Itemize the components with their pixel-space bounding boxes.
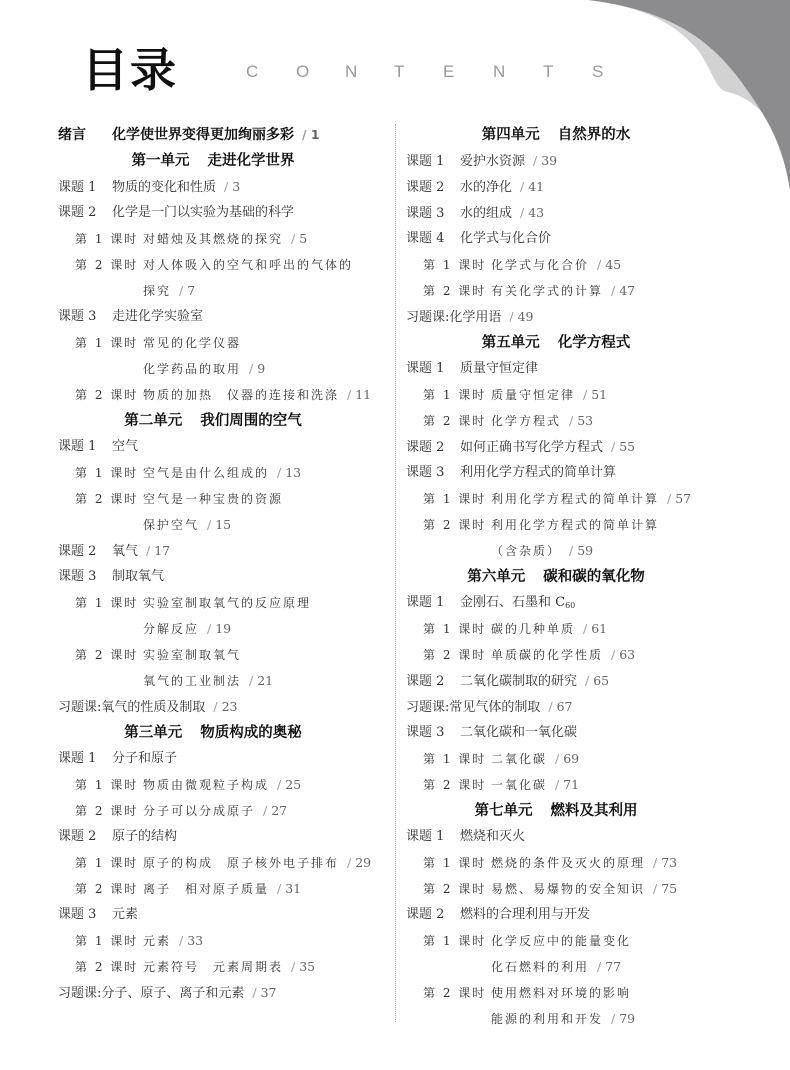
lesson-title: 原子的构成 原子核外电子排布 [143, 856, 339, 870]
toc-lesson-entry[interactable]: 第 2 课时单质碳的化学性质63 [406, 642, 706, 668]
topic-label: 课题 2 [58, 824, 112, 850]
page-number: 21 [249, 673, 273, 688]
lesson-title: 碳的几种单质 [491, 622, 575, 636]
page-number: 67 [548, 699, 572, 714]
lesson-label: 第 2 课时 [423, 876, 491, 902]
topic-title: 空气 [112, 439, 138, 454]
lesson-title: 使用燃料对环境的影响 [491, 986, 631, 1000]
lesson-title-continued: 能源的利用和开发 [491, 1006, 603, 1032]
toc-topic-entry[interactable]: 课题 3二氧化碳和一氧化碳 [406, 720, 706, 746]
topic-title: 燃烧和灭火 [460, 829, 525, 844]
unit-heading[interactable]: 第二单元我们周围的空气 [58, 408, 368, 434]
unit-title: 化学方程式 [558, 335, 631, 351]
exercise-title: 氧气的性质及制取 [101, 700, 205, 715]
exercise-label: 习题课: [58, 986, 101, 1001]
lesson-title: 常见的化学仪器 [143, 336, 241, 350]
topic-label: 课题 4 [406, 226, 460, 252]
toc-lesson-entry[interactable]: 第 2 课时空气是一种宝贵的资源 [58, 486, 398, 512]
toc-lesson-entry[interactable]: 第 2 课时利用化学方程式的简单计算 [406, 512, 706, 538]
topic-title: 氧气 [112, 544, 138, 559]
toc-topic-entry[interactable]: 课题 4化学式与化合价 [406, 226, 706, 252]
topic-title: 化学是一门以实验为基础的科学 [112, 205, 294, 220]
unit-heading[interactable]: 第六单元碳和碳的氧化物 [406, 564, 706, 590]
lesson-label: 第 1 课时 [423, 850, 491, 876]
lesson-label: 第 2 课时 [75, 252, 143, 278]
topic-label: 课题 2 [58, 539, 112, 565]
page-number: 19 [207, 621, 231, 636]
topic-label: 课题 3 [58, 304, 112, 330]
unit-label: 第五单元 [482, 335, 540, 351]
topic-label: 课题 2 [406, 435, 460, 461]
lesson-title: 空气是一种宝贵的资源 [143, 492, 283, 506]
page-number: 39 [533, 153, 557, 168]
lesson-title-continued: （含杂质） [491, 538, 561, 564]
subscript: 60 [565, 601, 575, 610]
lesson-title: 有关化学式的计算 [491, 284, 603, 298]
lesson-title: 化学方程式 [491, 414, 561, 428]
toc-lesson-entry[interactable]: 第 2 课时离子 相对原子质量31 [58, 876, 398, 902]
unit-heading[interactable]: 第五单元化学方程式 [406, 330, 706, 356]
topic-label: 课题 2 [406, 175, 460, 201]
toc-lesson-entry[interactable]: 第 2 课时对人体吸入的空气和呼出的气体的 [58, 252, 398, 278]
toc-lesson-entry[interactable]: 第 2 课时易燃、易爆物的安全知识75 [406, 876, 706, 902]
toc-cont-entry[interactable]: 化学药品的取用9 [58, 356, 398, 382]
unit-label: 第四单元 [482, 127, 540, 143]
page-number: 11 [347, 387, 371, 402]
toc-cont-entry[interactable]: 能源的利用和开发79 [406, 1006, 706, 1032]
toc-topic-entry[interactable]: 课题 3走进化学实验室 [58, 304, 398, 330]
page-number: 79 [611, 1011, 635, 1026]
topic-label: 课题 1 [406, 590, 460, 616]
topic-title: 水的净化 [460, 180, 512, 195]
lesson-title: 化学反应中的能量变化 [491, 934, 631, 948]
unit-title: 燃料及其利用 [551, 803, 638, 819]
topic-label: 课题 1 [58, 175, 112, 201]
contents-letter: O [296, 60, 309, 84]
toc-topic-entry[interactable]: 课题 1分子和原子 [58, 746, 398, 772]
toc-lesson-entry[interactable]: 第 1 课时化学反应中的能量变化 [406, 928, 706, 954]
unit-title: 自然界的水 [558, 127, 631, 143]
lesson-label: 第 1 课时 [423, 928, 491, 954]
topic-title: 原子的结构 [112, 829, 177, 844]
unit-label: 第一单元 [132, 153, 190, 169]
lesson-label: 第 2 课时 [423, 980, 491, 1006]
lesson-title: 二氧化碳 [491, 752, 547, 766]
lesson-title: 物质的加热 仪器的连接和洗涤 [143, 388, 339, 402]
toc-lesson-entry[interactable]: 第 2 课时化学方程式53 [406, 408, 706, 434]
topic-label: 课题 3 [406, 720, 460, 746]
lesson-title: 元素符号 元素周期表 [143, 960, 283, 974]
lesson-label: 第 2 课时 [75, 486, 143, 512]
exercise-title: 常见气体的制取 [449, 700, 540, 715]
unit-title: 物质构成的奥秘 [200, 725, 302, 741]
lesson-title-continued: 探究 [143, 278, 171, 304]
toc-topic-entry[interactable]: 课题 3利用化学方程式的简单计算 [406, 460, 706, 486]
topic-title: 爱护水资源 [460, 154, 525, 169]
toc-lesson-entry[interactable]: 第 1 课时二氧化碳69 [406, 746, 706, 772]
toc-right-column: 第四单元自然界的水课题 1爱护水资源39课题 2水的净化41课题 3水的组成43… [406, 122, 706, 1032]
toc-topic-entry[interactable]: 课题 2氧气17 [58, 538, 398, 564]
toc-topic-entry[interactable]: 课题 1物质的变化和性质3 [58, 174, 398, 200]
toc-topic-entry[interactable]: 课题 2二氧化碳制取的研究65 [406, 668, 706, 694]
lesson-label: 第 2 课时 [423, 642, 491, 668]
topic-title: 利用化学方程式的简单计算 [460, 465, 616, 480]
toc-topic-entry[interactable]: 课题 3元素 [58, 902, 398, 928]
exercise-title: 分子、原子、离子和元素 [101, 986, 244, 1001]
toc-topic-entry[interactable]: 课题 2水的净化41 [406, 174, 706, 200]
lesson-label: 第 2 课时 [75, 798, 143, 824]
toc-topic-entry[interactable]: 课题 2化学是一门以实验为基础的科学 [58, 200, 398, 226]
lesson-label: 第 2 课时 [423, 772, 491, 798]
toc-lesson-entry[interactable]: 第 1 课时常见的化学仪器 [58, 330, 398, 356]
lesson-label: 第 2 课时 [75, 382, 143, 408]
unit-label: 第三单元 [124, 725, 182, 741]
unit-heading[interactable]: 第三单元物质构成的奥秘 [58, 720, 368, 746]
toc-lesson-entry[interactable]: 第 1 课时实验室制取氧气的反应原理 [58, 590, 398, 616]
lesson-title: 利用化学方程式的简单计算 [491, 492, 659, 506]
page-number: 33 [179, 933, 203, 948]
toc-topic-entry[interactable]: 课题 1质量守恒定律 [406, 356, 706, 382]
lesson-label: 第 2 课时 [75, 954, 143, 980]
lesson-label: 第 2 课时 [75, 642, 143, 668]
page-number: 63 [611, 647, 635, 662]
toc-cont-entry[interactable]: 分解反应19 [58, 616, 398, 642]
lesson-label: 第 1 课时 [75, 226, 143, 252]
topic-label: 课题 2 [406, 669, 460, 695]
toc-lesson-entry[interactable]: 第 2 课时元素符号 元素周期表35 [58, 954, 398, 980]
topic-label: 课题 1 [58, 434, 112, 460]
unit-title: 碳和碳的氧化物 [543, 569, 645, 585]
toc-lesson-entry[interactable]: 第 2 课时实验室制取氧气 [58, 642, 398, 668]
lesson-title: 一氧化碳 [491, 778, 547, 792]
toc-lesson-entry[interactable]: 第 2 课时有关化学式的计算47 [406, 278, 706, 304]
toc-lesson-entry[interactable]: 第 1 课时化学式与化合价45 [406, 252, 706, 278]
topic-title: 二氧化碳和一氧化碳 [460, 725, 577, 740]
lesson-title: 易燃、易爆物的安全知识 [491, 882, 645, 896]
page-number: 29 [347, 855, 371, 870]
topic-label: 课题 3 [58, 564, 112, 590]
toc-left-column: 绪言化学使世界变得更加绚丽多彩1 第一单元走进化学世界课题 1物质的变化和性质3… [58, 122, 398, 1006]
page-number: 17 [146, 543, 170, 558]
toc-lesson-entry[interactable]: 第 2 课时一氧化碳71 [406, 772, 706, 798]
contents-letter: T [394, 60, 404, 84]
lesson-label: 第 2 课时 [423, 408, 491, 434]
page-number: 51 [583, 387, 607, 402]
lesson-label: 第 1 课时 [75, 590, 143, 616]
topic-label: 课题 3 [406, 460, 460, 486]
toc-lesson-entry[interactable]: 第 1 课时原子的构成 原子核外电子排布29 [58, 850, 398, 876]
unit-heading[interactable]: 第四单元自然界的水 [406, 122, 706, 148]
topic-title: 走进化学实验室 [112, 309, 203, 324]
toc-lesson-entry[interactable]: 第 1 课时元素33 [58, 928, 398, 954]
exercise-label: 习题课: [406, 700, 449, 715]
preface-title: 化学使世界变得更加绚丽多彩 [112, 127, 294, 143]
toc-lesson-entry[interactable]: 第 1 课时燃烧的条件及灭火的原理73 [406, 850, 706, 876]
topic-label: 课题 1 [406, 824, 460, 850]
lesson-label: 第 2 课时 [423, 512, 491, 538]
toc-lesson-entry[interactable]: 第 1 课时空气是由什么组成的13 [58, 460, 398, 486]
toc-preface[interactable]: 绪言化学使世界变得更加绚丽多彩1 [58, 122, 398, 148]
exercise-label: 习题课: [58, 700, 101, 715]
contents-letter: N [493, 60, 505, 84]
page-number: 53 [569, 413, 593, 428]
lesson-title-continued: 化石燃料的利用 [491, 954, 589, 980]
topic-title: 元素 [112, 907, 138, 922]
lesson-label: 第 1 课时 [75, 772, 143, 798]
toc-topic-entry[interactable]: 课题 3制取氧气 [58, 564, 398, 590]
contents-letter: T [543, 60, 553, 84]
page-number: 75 [653, 881, 677, 896]
lesson-title-continued: 化学药品的取用 [143, 356, 241, 382]
page-number: 13 [277, 465, 301, 480]
topic-title: 水的组成 [460, 206, 512, 221]
toc-topic-entry[interactable]: 课题 2原子的结构 [58, 824, 398, 850]
page-number: 3 [224, 179, 240, 194]
page-number: 73 [653, 855, 677, 870]
page-number: 37 [252, 985, 276, 1000]
page-number: 47 [611, 283, 635, 298]
page-number: 55 [611, 439, 635, 454]
lesson-title: 空气是由什么组成的 [143, 466, 269, 480]
page-number: 15 [207, 517, 231, 532]
page-number: 5 [291, 231, 307, 246]
lesson-label: 第 2 课时 [423, 278, 491, 304]
lesson-label: 第 2 课时 [75, 876, 143, 902]
lesson-label: 第 1 课时 [75, 928, 143, 954]
page-number: 35 [291, 959, 315, 974]
topic-label: 课题 3 [58, 902, 112, 928]
lesson-title: 燃烧的条件及灭火的原理 [491, 856, 645, 870]
lesson-label: 第 1 课时 [423, 252, 491, 278]
page-number: 59 [569, 543, 593, 558]
page-number: 25 [277, 777, 301, 792]
exercise-title: 化学用语 [449, 310, 501, 325]
page-number: 43 [520, 205, 544, 220]
page-title: 目录 [82, 40, 178, 100]
topic-label: 课题 3 [406, 201, 460, 227]
unit-title: 我们周围的空气 [200, 413, 302, 429]
lesson-title: 实验室制取氧气 [143, 648, 241, 662]
lesson-label: 第 1 课时 [75, 330, 143, 356]
toc-cont-entry[interactable]: 化石燃料的利用77 [406, 954, 706, 980]
topic-title: 燃料的合理利用与开发 [460, 907, 590, 922]
lesson-label: 第 1 课时 [423, 382, 491, 408]
contents-letter: S [592, 60, 603, 84]
page-number: 71 [555, 777, 579, 792]
topic-label: 课题 1 [406, 356, 460, 382]
page-number: 65 [585, 673, 609, 688]
toc-lesson-entry[interactable]: 第 1 课时对蜡烛及其燃烧的探究5 [58, 226, 398, 252]
lesson-title: 质量守恒定律 [491, 388, 575, 402]
lesson-title-continued: 氧气的工业制法 [143, 668, 241, 694]
unit-label: 第六单元 [467, 569, 525, 585]
toc-exercise-entry[interactable]: 习题课:分子、原子、离子和元素37 [58, 980, 398, 1006]
page-number: 1 [302, 127, 320, 142]
toc-exercise-entry[interactable]: 习题课:化学用语49 [406, 304, 706, 330]
topic-title: 化学式与化合价 [460, 231, 551, 246]
lesson-label: 第 1 课时 [423, 486, 491, 512]
lesson-title: 化学式与化合价 [491, 258, 589, 272]
toc-cont-entry[interactable]: 探究7 [58, 278, 398, 304]
lesson-title-continued: 保护空气 [143, 512, 199, 538]
lesson-title: 利用化学方程式的简单计算 [491, 518, 659, 532]
page-number: 61 [583, 621, 607, 636]
toc-topic-entry[interactable]: 课题 1空气 [58, 434, 398, 460]
topic-title: 如何正确书写化学方程式 [460, 440, 603, 455]
page-number: 49 [509, 309, 533, 324]
page-number: 7 [179, 283, 195, 298]
toc-topic-entry[interactable]: 课题 2燃料的合理利用与开发 [406, 902, 706, 928]
topic-title: 二氧化碳制取的研究 [460, 674, 577, 689]
toc-topic-entry[interactable]: 课题 1燃烧和灭火 [406, 824, 706, 850]
topic-title: 分子和原子 [112, 751, 177, 766]
unit-heading[interactable]: 第七单元燃料及其利用 [406, 798, 706, 824]
page-number: 27 [263, 803, 287, 818]
lesson-title: 实验室制取氧气的反应原理 [143, 596, 311, 610]
contents-letter: C [246, 60, 258, 84]
page-number: 41 [520, 179, 544, 194]
toc-lesson-entry[interactable]: 第 1 课时物质由微观粒子构成25 [58, 772, 398, 798]
unit-title: 走进化学世界 [208, 153, 295, 169]
toc-exercise-entry[interactable]: 习题课:常见气体的制取67 [406, 694, 706, 720]
contents-letter: N [345, 60, 357, 84]
topic-title: 物质的变化和性质 [112, 180, 216, 195]
lesson-title: 离子 相对原子质量 [143, 882, 269, 896]
toc-topic-entry[interactable]: 课题 2如何正确书写化学方程式55 [406, 434, 706, 460]
lesson-title: 元素 [143, 934, 171, 948]
lesson-title-continued: 分解反应 [143, 616, 199, 642]
page-number: 77 [597, 959, 621, 974]
unit-label: 第二单元 [124, 413, 182, 429]
toc-cont-entry[interactable]: （含杂质）59 [406, 538, 706, 564]
page-number: 69 [555, 751, 579, 766]
preface-label: 绪言 [58, 122, 112, 148]
lesson-label: 第 1 课时 [423, 746, 491, 772]
page-number: 57 [667, 491, 691, 506]
page-number: 23 [213, 699, 237, 714]
toc-lesson-entry[interactable]: 第 2 课时物质的加热 仪器的连接和洗涤11 [58, 382, 398, 408]
toc-cont-entry[interactable]: 保护空气15 [58, 512, 398, 538]
contents-letter: E [443, 60, 454, 84]
toc-topic-entry[interactable]: 课题 1爱护水资源39 [406, 148, 706, 174]
toc-lesson-entry[interactable]: 第 1 课时碳的几种单质61 [406, 616, 706, 642]
topic-label: 课题 2 [406, 902, 460, 928]
topic-title: 质量守恒定律 [460, 361, 538, 376]
toc-topic-entry[interactable]: 课题 3水的组成43 [406, 200, 706, 226]
lesson-title: 单质碳的化学性质 [491, 648, 603, 662]
toc-lesson-entry[interactable]: 第 1 课时质量守恒定律51 [406, 382, 706, 408]
topic-label: 课题 2 [58, 200, 112, 226]
topic-label: 课题 1 [58, 746, 112, 772]
unit-label: 第七单元 [475, 803, 533, 819]
topic-title: 金刚石、石墨和 C [460, 595, 565, 610]
page-number: 31 [277, 881, 301, 896]
lesson-title: 对蜡烛及其燃烧的探究 [143, 232, 283, 246]
toc-topic-entry[interactable]: 课题 1金刚石、石墨和 C60 [406, 590, 706, 616]
toc-cont-entry[interactable]: 氧气的工业制法21 [58, 668, 398, 694]
topic-title: 制取氧气 [112, 569, 164, 584]
lesson-label: 第 1 课时 [75, 850, 143, 876]
toc-lesson-entry[interactable]: 第 1 课时利用化学方程式的简单计算57 [406, 486, 706, 512]
page-number: 45 [597, 257, 621, 272]
topic-label: 课题 1 [406, 149, 460, 175]
lesson-title: 物质由微观粒子构成 [143, 778, 269, 792]
toc-lesson-entry[interactable]: 第 2 课时使用燃料对环境的影响 [406, 980, 706, 1006]
unit-heading[interactable]: 第一单元走进化学世界 [58, 148, 368, 174]
toc-lesson-entry[interactable]: 第 2 课时分子可以分成原子27 [58, 798, 398, 824]
page-number: 9 [249, 361, 265, 376]
exercise-label: 习题课: [406, 310, 449, 325]
lesson-title: 对人体吸入的空气和呼出的气体的 [143, 258, 353, 272]
lesson-label: 第 1 课时 [75, 460, 143, 486]
lesson-title: 分子可以分成原子 [143, 804, 255, 818]
lesson-label: 第 1 课时 [423, 616, 491, 642]
toc-exercise-entry[interactable]: 习题课:氧气的性质及制取23 [58, 694, 398, 720]
